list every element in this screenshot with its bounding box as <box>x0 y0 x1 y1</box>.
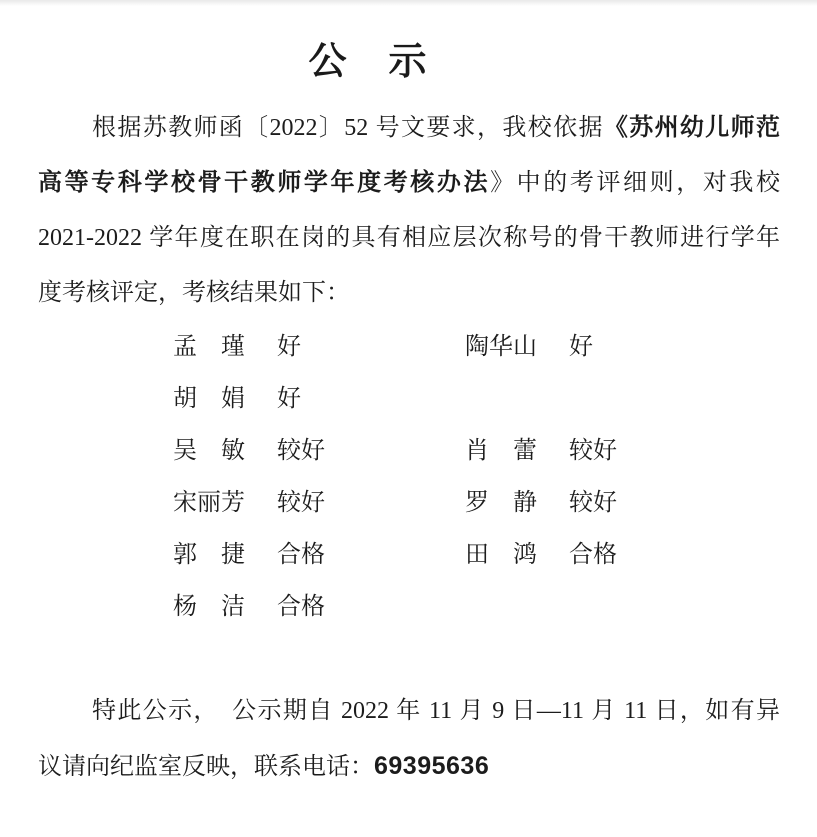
result-cell: 吴 敏 较好 <box>173 425 465 477</box>
paragraph2-line2: 议请向纪监室反映，联系电话：69395636 <box>38 739 780 794</box>
teacher-name: 宋丽芳 <box>173 477 247 529</box>
teacher-rating: 好 <box>277 321 301 373</box>
result-cell: 杨 洁 合格 <box>173 581 465 633</box>
teacher-name <box>465 581 539 633</box>
teacher-rating: 较好 <box>277 425 325 477</box>
teacher-name: 田 鸿 <box>465 529 539 581</box>
paragraph1-line3: 2021-2022 学年度在职在岗的具有相应层次称号的骨干教师进行学年 <box>38 211 780 266</box>
paragraph1-line1-regular: 根据苏教师函〔2022〕52 号文要求，我校依据 <box>92 115 604 141</box>
teacher-rating: 合格 <box>277 529 325 581</box>
teacher-name: 陶华山 <box>465 321 539 373</box>
paragraph1-line1-bold: 《苏州幼儿师范 <box>604 115 780 141</box>
result-cell: 罗 静 较好 <box>465 477 817 529</box>
result-cell: 郭 捷 合格 <box>173 529 465 581</box>
result-row: 郭 捷 合格 田 鸿 合格 <box>173 529 817 581</box>
result-cell: 孟 瑾 好 <box>173 321 465 373</box>
teacher-rating: 好 <box>277 373 301 425</box>
teacher-rating: 较好 <box>569 477 617 529</box>
teacher-rating: 较好 <box>569 425 617 477</box>
result-row: 宋丽芳 较好 罗 静 较好 <box>173 477 817 529</box>
contact-phone-number: 69395636 <box>374 752 489 780</box>
paragraph2-line1: 特此公示， 公示期自 2022 年 11 月 9 日—11 月 11 日，如有异 <box>38 684 780 739</box>
result-cell: 陶华山 好 <box>465 321 817 373</box>
teacher-rating: 合格 <box>569 529 617 581</box>
teacher-name: 孟 瑾 <box>173 321 247 373</box>
teacher-name: 胡 娟 <box>173 373 247 425</box>
result-cell: 胡 娟 好 <box>173 373 465 425</box>
teacher-name: 杨 洁 <box>173 581 247 633</box>
teacher-name <box>465 373 539 425</box>
paragraph1-line1: 根据苏教师函〔2022〕52 号文要求，我校依据《苏州幼儿师范 <box>38 101 780 156</box>
evaluation-results-list: 孟 瑾 好 陶华山 好 胡 娟 好 吴 敏 较好 肖 <box>173 321 817 633</box>
teacher-name: 吴 敏 <box>173 425 247 477</box>
notice-body-paragraph: 根据苏教师函〔2022〕52 号文要求，我校依据《苏州幼儿师范 高等专科学校骨干… <box>38 101 780 321</box>
result-cell <box>465 373 817 425</box>
paragraph1-line2: 高等专科学校骨干教师学年度考核办法》中的考评细则，对我校 <box>38 156 780 211</box>
paragraph1-line4: 度考核评定，考核结果如下： <box>38 266 780 321</box>
paragraph1-line2-regular: 》中的考评细则，对我校 <box>490 170 780 196</box>
paragraph1-line2-bold: 高等专科学校骨干教师学年度考核办法 <box>38 170 490 196</box>
teacher-rating: 较好 <box>277 477 325 529</box>
teacher-name: 罗 静 <box>465 477 539 529</box>
result-cell: 肖 蕾 较好 <box>465 425 817 477</box>
result-row: 吴 敏 较好 肖 蕾 较好 <box>173 425 817 477</box>
result-cell: 田 鸿 合格 <box>465 529 817 581</box>
paragraph2-line2-text: 议请向纪监室反映，联系电话： <box>38 754 374 780</box>
closing-paragraph: 特此公示， 公示期自 2022 年 11 月 9 日—11 月 11 日，如有异… <box>38 684 780 794</box>
result-row: 孟 瑾 好 陶华山 好 <box>173 321 817 373</box>
result-row: 杨 洁 合格 <box>173 581 817 633</box>
teacher-rating: 好 <box>569 321 593 373</box>
notice-document: 公 示 根据苏教师函〔2022〕52 号文要求，我校依据《苏州幼儿师范 高等专科… <box>0 0 817 794</box>
teacher-rating: 合格 <box>277 581 325 633</box>
page-title: 公 示 <box>0 30 777 85</box>
result-cell <box>465 581 817 633</box>
result-row: 胡 娟 好 <box>173 373 817 425</box>
result-cell: 宋丽芳 较好 <box>173 477 465 529</box>
teacher-name: 郭 捷 <box>173 529 247 581</box>
teacher-name: 肖 蕾 <box>465 425 539 477</box>
